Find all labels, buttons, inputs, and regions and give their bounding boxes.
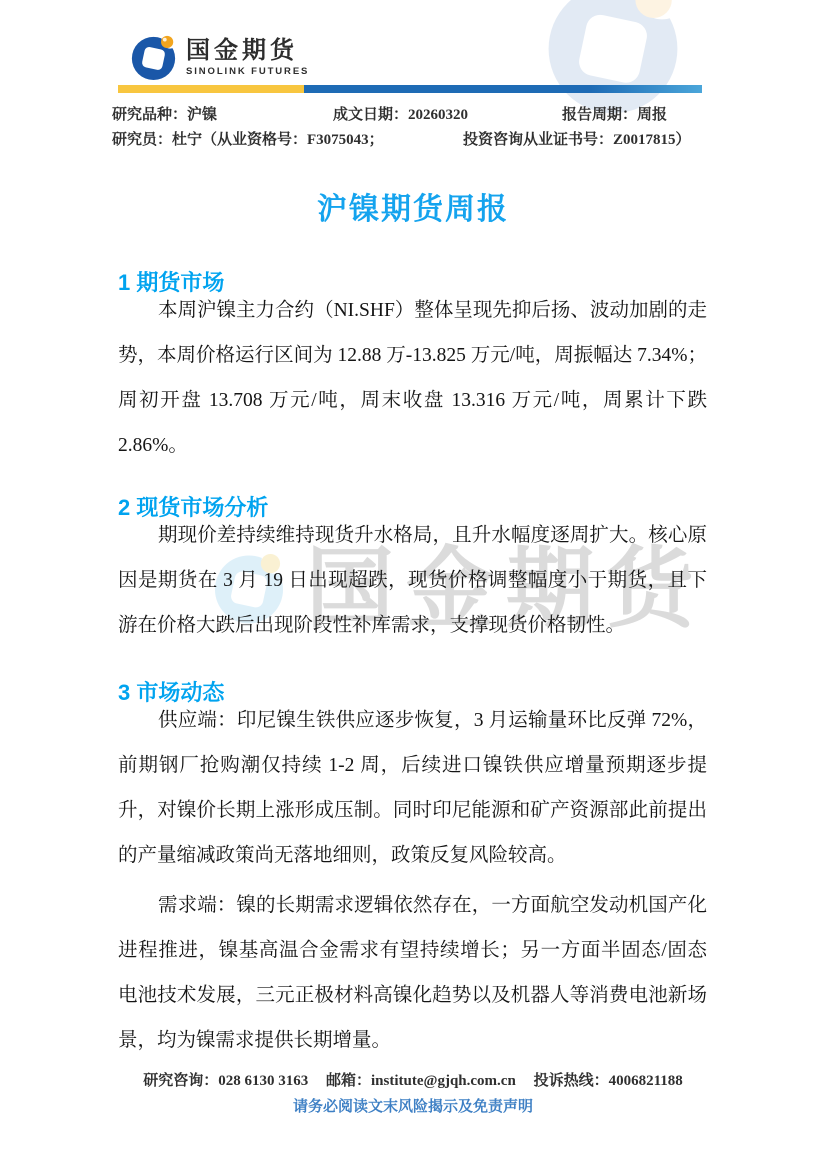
brand-name-en: SINOLINK FUTURES xyxy=(186,67,309,77)
meta-research-variety-value: 沪镍 xyxy=(187,107,217,123)
section-paragraph: 期现价差持续维持现货升水格局，且升水幅度逐周扩大。核心原因是期货在 3 月 19… xyxy=(118,513,707,648)
meta-report-date: 成文日期：20260320 xyxy=(333,103,468,124)
footer-consult: 研究咨询：028 6130 3163 xyxy=(143,1073,308,1089)
sinolink-logo-icon xyxy=(130,34,177,81)
watermark-logo-faint-icon xyxy=(543,0,683,116)
meta-advisor-cert-label: 投资咨询从业证书号： xyxy=(463,132,613,148)
footer-hotline: 投诉热线：4006821188 xyxy=(534,1073,683,1089)
footer-email-link[interactable]: institute@gjqh.com.cn xyxy=(371,1073,516,1089)
footer-contact-line: 研究咨询：028 6130 3163 邮箱：institute@gjqh.com… xyxy=(0,1069,826,1090)
section-paragraph-supply: 供应端：印尼镍生铁供应逐步恢复，3 月运输量环比反弹 72%，前期钢厂抢购潮仅持… xyxy=(118,698,707,878)
meta-report-date-label: 成文日期： xyxy=(333,107,408,123)
footer-email: 邮箱：institute@gjqh.com.cn xyxy=(326,1073,516,1089)
report-title: 沪镍期货周报 xyxy=(0,184,826,228)
meta-report-period-label: 报告周期： xyxy=(562,107,637,123)
meta-report-period-value: 周报 xyxy=(637,107,667,123)
footer-hotline-label: 投诉热线： xyxy=(534,1073,609,1089)
divider-yellow-segment xyxy=(118,85,304,93)
report-page: 国金期货 国金期货 SINOLINK FUTURES 研究品种：沪镍 成文日期：… xyxy=(0,0,826,1169)
footer-disclaimer-link[interactable]: 请务必阅读文末风险揭示及免责声明 xyxy=(0,1095,826,1116)
divider-blue-segment xyxy=(304,85,702,93)
meta-advisor-cert: 投资咨询从业证书号：Z0017815） xyxy=(463,128,691,149)
meta-researcher-value: 杜宁（从业资格号：F3075043； xyxy=(172,132,384,148)
meta-advisor-cert-value: Z0017815） xyxy=(613,132,691,148)
section-heading-futures-market: 1 期货市场 xyxy=(118,266,224,297)
section-paragraph-demand: 需求端：镍的长期需求逻辑依然存在，一方面航空发动机国产化进程推进，镍基高温合金需… xyxy=(118,883,707,1063)
meta-research-variety-label: 研究品种： xyxy=(112,107,187,123)
meta-research-variety: 研究品种：沪镍 xyxy=(112,103,217,124)
footer-consult-value: 028 6130 3163 xyxy=(218,1073,308,1089)
meta-report-date-value: 20260320 xyxy=(408,107,468,123)
meta-report-period: 报告周期：周报 xyxy=(562,103,667,124)
footer-hotline-value: 4006821188 xyxy=(609,1073,683,1089)
brand-name-cn: 国金期货 xyxy=(186,39,309,63)
section-heading-spot-market: 2 现货市场分析 xyxy=(118,491,268,522)
meta-researcher: 研究员：杜宁（从业资格号：F3075043； xyxy=(112,128,384,149)
section-heading-market-dynamics: 3 市场动态 xyxy=(118,676,224,707)
brand-text: 国金期货 SINOLINK FUTURES xyxy=(186,39,309,77)
section-paragraph: 本周沪镍主力合约（NI.SHF）整体呈现先抑后扬、波动加剧的走势，本周价格运行区… xyxy=(118,288,707,468)
footer-email-label: 邮箱： xyxy=(326,1073,371,1089)
header-divider-bar xyxy=(118,85,702,93)
footer-consult-label: 研究咨询： xyxy=(143,1073,218,1089)
brand-logo: 国金期货 SINOLINK FUTURES xyxy=(130,34,309,81)
meta-researcher-label: 研究员： xyxy=(112,132,172,148)
